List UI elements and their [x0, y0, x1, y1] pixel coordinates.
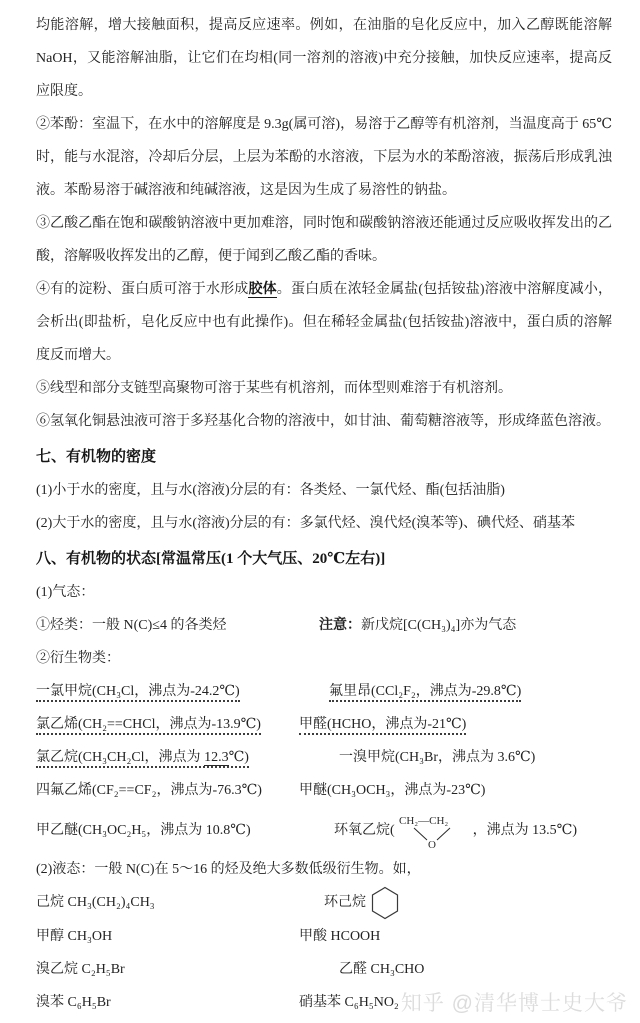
derivative-row-4: 四氟乙烯(CF₂==CF₂，沸点为-76.3℃) 甲醚(CH₃OCH₃，沸点为-…: [36, 774, 612, 807]
entry-chloroethylene: 氯乙烯(CH₂==CHCl，沸点为-13.9℃): [36, 708, 294, 741]
ethylene-oxide-post: ，沸点为 13.5℃): [473, 814, 577, 847]
cyclohexane-text: 环己烷: [324, 895, 366, 910]
chloroethylene-text: 氯乙烯(CH₂==CHCl，沸点为-13.9℃): [36, 717, 261, 735]
entry-formaldehyde: 甲醛(HCHO，沸点为-21℃): [294, 708, 612, 741]
paragraph-saponification: 均能溶解，增大接触面积，提高反应速率。例如，在油脂的皂化反应中，加入乙醇既能溶解…: [36, 9, 612, 108]
chloroethane-pre: 氯乙烷(CH₃CH₂Cl，沸点为: [36, 750, 204, 765]
formaldehyde-text: 甲醛(HCHO，沸点为-21℃): [299, 717, 466, 735]
bromomethane-text: 一溴甲烷(CH₃Br，沸点为 3.6℃): [339, 750, 535, 765]
chloromethane-text: 一氯甲烷(CH₃Cl，沸点为-24.2℃): [36, 684, 240, 702]
chloroethane-text: 氯乙烷(CH₃CH₂Cl，沸点为 12.3℃): [36, 750, 249, 768]
derivatives-label: ②衍生物类：: [36, 642, 612, 675]
liquid-row-3: 溴乙烷 C₂H₅Br 乙醛 CH₃CHO: [36, 953, 612, 986]
entry-chloroethane: 氯乙烷(CH₃CH₂Cl，沸点为 12.3℃): [36, 741, 294, 774]
heading-state: 八、有机物的状态[常温常压(1 个大气压、20℃左右)]: [36, 543, 612, 576]
paragraph-ethyl-acetate: ③乙酸乙酯在饱和碳酸钠溶液中更加难溶，同时饱和碳酸钠溶液还能通过反应吸收挥发出的…: [36, 207, 612, 273]
chloroethane-bp-value: 12.3: [204, 750, 229, 766]
entry-hexane: 己烷 CH₃(CH₂)₄CH₃: [36, 886, 294, 919]
note-text: 新戊烷[C(CH₃)₄]亦为气态: [361, 618, 516, 633]
derivative-row-3: 氯乙烷(CH₃CH₂Cl，沸点为 12.3℃) 一溴甲烷(CH₃Br，沸点为 3…: [36, 741, 612, 774]
gas-state-label: (1)气态：: [36, 576, 612, 609]
entry-bromoethane: 溴乙烷 C₂H₅Br: [36, 953, 294, 986]
document-page: 均能溶解，增大接触面积，提高反应速率。例如，在油脂的皂化反应中，加入乙醇既能溶解…: [0, 0, 640, 1019]
cyclohexane-ring-icon: [370, 886, 400, 920]
entry-chloromethane: 一氯甲烷(CH₃Cl，沸点为-24.2℃): [36, 675, 294, 708]
ethylene-oxide-structure-icon: CH₂—CH₂ O: [395, 811, 473, 849]
colloid-term: 胶体: [248, 282, 276, 298]
entry-cyclohexane: 环己烷: [294, 886, 612, 920]
paragraph-colloid: ④有的淀粉、蛋白质可溶于水形成胶体。蛋白质在浓轻金属盐(包括铵盐)溶液中溶解度减…: [36, 273, 612, 372]
paragraph-copper-hydroxide: ⑥氢氧化铜悬浊液可溶于多羟基化合物的溶液中，如甘油、葡萄糖溶液等，形成绛蓝色溶液…: [36, 405, 612, 438]
colloid-text-before: ④有的淀粉、蛋白质可溶于水形成: [36, 282, 248, 297]
hydrocarbon-text: ①烃类：一般 N(C)≤4 的各类烃: [36, 609, 294, 642]
paragraph-phenol: ②苯酚：室温下，在水中的溶解度是 9.3g(属可溶)，易溶于乙醇等有机溶剂，当温…: [36, 108, 612, 207]
entry-ethylene-oxide: 环氧乙烷( CH₂—CH₂ O ，沸点为 13.5℃): [294, 811, 612, 849]
entry-tetrafluoroethylene: 四氟乙烯(CF₂==CF₂，沸点为-76.3℃): [36, 774, 294, 807]
entry-methyl-ethyl-ether: 甲乙醚(CH₃OC₂H₅，沸点为 10.8℃): [36, 814, 294, 847]
liquid-row-1: 己烷 CH₃(CH₂)₄CH₃ 环己烷: [36, 886, 612, 920]
derivative-row-1: 一氯甲烷(CH₃Cl，沸点为-24.2℃) 氟里昂(CCl₂F₂，沸点为-29.…: [36, 675, 612, 708]
entry-dimethyl-ether: 甲醚(CH₃OCH₃，沸点为-23℃): [294, 774, 612, 807]
ethylene-oxide-pre: 环氧乙烷(: [334, 814, 395, 847]
heading-density: 七、有机物的密度: [36, 441, 612, 474]
epoxide-oxygen-label: O: [428, 839, 436, 849]
entry-acetaldehyde: 乙醛 CH₃CHO: [294, 953, 612, 986]
derivative-row-2: 氯乙烯(CH₂==CHCl，沸点为-13.9℃) 甲醛(HCHO，沸点为-21℃…: [36, 708, 612, 741]
entry-methanol: 甲醇 CH₃OH: [36, 920, 294, 953]
zhihu-watermark: 知乎 @清华博士史大爷: [401, 987, 628, 1017]
paragraph-polymer: ⑤线型和部分支链型高聚物可溶于某些有机溶剂，而体型则难溶于有机溶剂。: [36, 372, 612, 405]
epoxide-ch2-ch2-label: CH₂—CH₂: [399, 815, 448, 827]
gas-note: 注意：新戊烷[C(CH₃)₄]亦为气态: [294, 609, 612, 642]
note-label: 注意：: [319, 618, 361, 633]
liquid-row-2: 甲醇 CH₃OH 甲酸 HCOOH: [36, 920, 612, 953]
entry-formic-acid: 甲酸 HCOOH: [294, 920, 612, 953]
entry-bromomethane: 一溴甲烷(CH₃Br，沸点为 3.6℃): [294, 741, 612, 774]
chloroethane-post: ℃): [229, 750, 249, 765]
derivative-row-5: 甲乙醚(CH₃OC₂H₅，沸点为 10.8℃) 环氧乙烷( CH₂—CH₂ O …: [36, 807, 612, 853]
liquid-state-label: (2)液态：一般 N(C)在 5～16 的烃及绝大多数低级衍生物。如，: [36, 853, 612, 886]
entry-freon: 氟里昂(CCl₂F₂，沸点为-29.8℃): [294, 675, 612, 708]
density-item-greater-than-water: (2)大于水的密度，且与水(溶液)分层的有：多氯代烃、溴代烃(溴苯等)、碘代烃、…: [36, 507, 612, 540]
hydrocarbon-row: ①烃类：一般 N(C)≤4 的各类烃 注意：新戊烷[C(CH₃)₄]亦为气态: [36, 609, 612, 642]
entry-bromobenzene: 溴苯 C₆H₅Br: [36, 986, 294, 1019]
density-item-less-than-water: (1)小于水的密度，且与水(溶液)分层的有：各类烃、一氯代烃、酯(包括油脂): [36, 474, 612, 507]
freon-text: 氟里昂(CCl₂F₂，沸点为-29.8℃): [329, 684, 521, 702]
